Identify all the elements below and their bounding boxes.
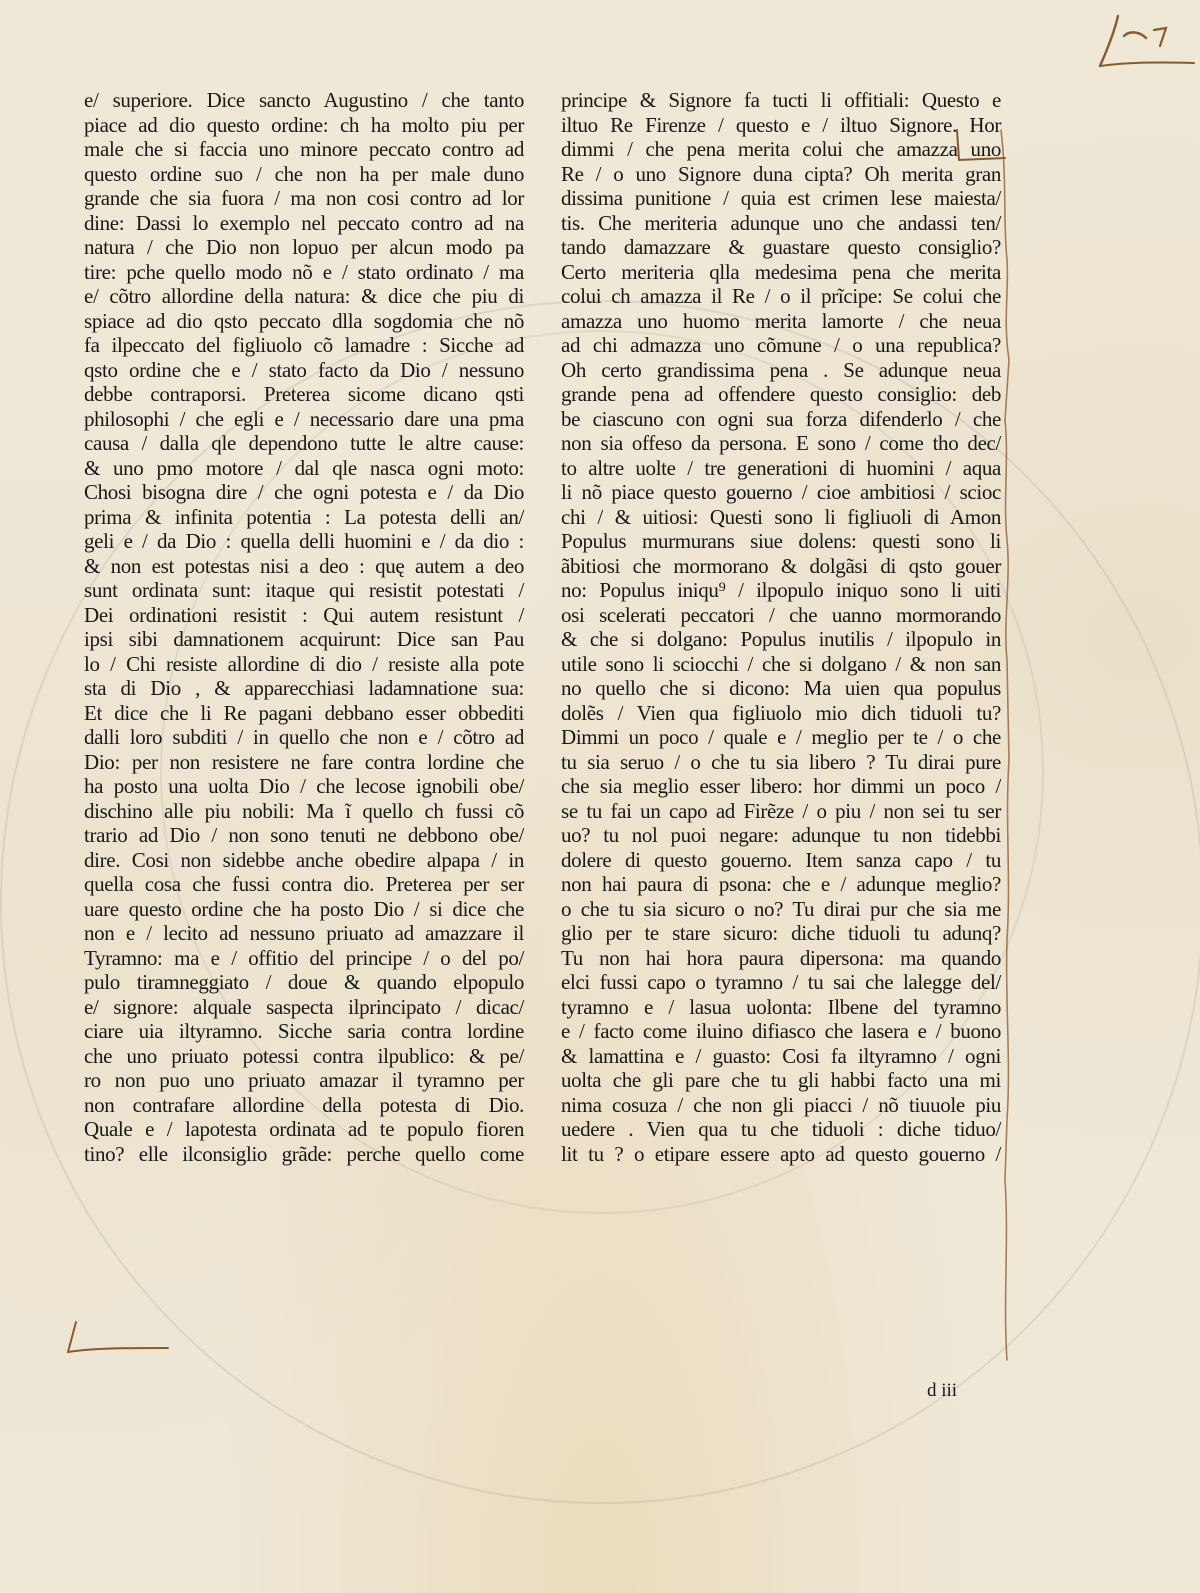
text-line: ha posto una uolta Dio / che lecose igno… <box>84 774 524 799</box>
text-line: & uno pmo motore / dal qle nasca ogni mo… <box>84 456 524 481</box>
text-line: lit tu ? o etipare essere apto ad questo… <box>561 1142 1001 1167</box>
text-line: sta di Dio , & apparecchiasi ladamnation… <box>84 676 524 701</box>
text-line: tando damazzare & guastare questo consig… <box>561 235 1001 260</box>
text-line: Et dice che li Re pagani debbano esser o… <box>84 701 524 726</box>
text-line: causa / dalla qle dependono tutte le alt… <box>84 431 524 456</box>
text-line: utile sono li sciocchi / che si dolgano … <box>561 652 1001 677</box>
text-line: dischino alle piu nobili: Ma ĩ quello ch… <box>84 799 524 824</box>
text-line: no quello che si dicono: Ma uien qua pop… <box>561 676 1001 701</box>
text-line: Dio: per non resistere ne fare contra lo… <box>84 750 524 775</box>
text-line: dolẽs / Vien qua figliuolo mio dich tidu… <box>561 701 1001 726</box>
text-line: Tu non hai hora paura dipersona: ma quan… <box>561 946 1001 971</box>
text-line: fa ilpeccato del figliuolo cõ lamadre : … <box>84 333 524 358</box>
text-line: & non est potestas nisi a deo : quę aute… <box>84 554 524 579</box>
manuscript-corner-mark-icon <box>1090 8 1195 68</box>
text-line: ro non puo uno priuato amazar il tyramno… <box>84 1068 524 1093</box>
text-line: Populus murmurans siue dolens: questi so… <box>561 529 1001 554</box>
text-line: uedere . Vien qua tu che tiduoli : diche… <box>561 1117 1001 1142</box>
text-line: Dei ordinationi resistit : Qui autem res… <box>84 603 524 628</box>
text-line: tire: pche quello modo nõ e / stato ordi… <box>84 260 524 285</box>
text-line: Certo meriteria qlla medesima pena che m… <box>561 260 1001 285</box>
text-line: be ciascuno con ogni sua forza difenderl… <box>561 407 1001 432</box>
text-line: natura / che Dio non lopuo per alcun mod… <box>84 235 524 260</box>
text-line: nima cosuza / che non gli piacci / nõ ti… <box>561 1093 1001 1118</box>
text-line: male che si faccia uno minore peccato co… <box>84 137 524 162</box>
text-line: debbe contraporsi. Preterea sicome dican… <box>84 382 524 407</box>
text-line: li nõ piace questo gouerno / cioe ambiti… <box>561 480 1001 505</box>
text-line: e / facto come iluino difiasco che laser… <box>561 1019 1001 1044</box>
text-line: amazza uno huomo merita lamorte / che ne… <box>561 309 1001 334</box>
text-line: Dimmi un poco / quale e / meglio per te … <box>561 725 1001 750</box>
right-text-column: principe & Signore fa tucti li offitiali… <box>561 88 1001 1166</box>
text-line: non hai paura di psona: che e / adunque … <box>561 872 1001 897</box>
text-line: Quale e / lapotesta ordinata ad te popul… <box>84 1117 524 1142</box>
text-line: dire. Cosi non sidebbe anche obedire alp… <box>84 848 524 873</box>
text-line: & che si dolgano: Populus inutilis / ilp… <box>561 627 1001 652</box>
text-line: uare questo ordine che ha posto Dio / si… <box>84 897 524 922</box>
text-line: uolta che gli pare che tu gli habbi fact… <box>561 1068 1001 1093</box>
text-line: quella cosa che fussi contra dio. Preter… <box>84 872 524 897</box>
text-line: qsto ordine che e / stato facto da Dio /… <box>84 358 524 383</box>
text-line: geli e / da Dio : quella delli huomini e… <box>84 529 524 554</box>
text-line: grande pena ad offendere questo consigli… <box>561 382 1001 407</box>
text-line: elci fussi capo o tyramno / tu sai che l… <box>561 970 1001 995</box>
text-line: philosophi / che egli e / necessario dar… <box>84 407 524 432</box>
text-line: tyramno e / lasua uolonta: Ilbene del ty… <box>561 995 1001 1020</box>
text-line: Tyramno: ma e / offitio del principe / o… <box>84 946 524 971</box>
text-line: lo / Chi resiste allordine di dio / resi… <box>84 652 524 677</box>
text-line: osi scelerati peccatori / che uanno morm… <box>561 603 1001 628</box>
text-line: non contrafare allordine della potesta d… <box>84 1093 524 1118</box>
text-line: colui ch amazza il Re / o il prĩcipe: Se… <box>561 284 1001 309</box>
text-line: dine: Dassi lo exemplo nel peccato contr… <box>84 211 524 236</box>
text-line: non sia offeso da persona. E sono / come… <box>561 431 1001 456</box>
text-line: che sia meglio esser libero: hor dimmi u… <box>561 774 1001 799</box>
signature-mark: d iii <box>927 1380 957 1402</box>
text-line: ad chi admazza uno cõmune / o una republ… <box>561 333 1001 358</box>
left-text-column: e/ superiore. Dice sancto Augustino / ch… <box>84 88 524 1166</box>
text-line: iltuo Re Firenze / questo e / iltuo Sign… <box>561 113 1001 138</box>
text-line: piace ad dio questo ordine: ch ha molto … <box>84 113 524 138</box>
text-line: ipsi sibi damnationem acquirunt: Dice sa… <box>84 627 524 652</box>
text-line: dolere di questo gouerno. Item sanza cap… <box>561 848 1001 873</box>
text-line: uo? tu nol puoi negare: adunque tu non t… <box>561 823 1001 848</box>
text-line: prima & infinita potentia : La potesta d… <box>84 505 524 530</box>
text-line: e/ cõtro allordine della natura: & dice … <box>84 284 524 309</box>
text-line: chi / & uitiosi: Questi sono li figliuol… <box>561 505 1001 530</box>
manuscript-bracket-quale-icon <box>64 1318 174 1358</box>
text-line: glio per te stare sicuro: diche tiduoli … <box>561 921 1001 946</box>
text-line: dissima punitione / quia est crimen lese… <box>561 186 1001 211</box>
text-line: e/ superiore. Dice sancto Augustino / ch… <box>84 88 524 113</box>
text-line: ciare uia iltyramno. Sicche saria contra… <box>84 1019 524 1044</box>
text-line: tis. Che meriteria adunque uno che andas… <box>561 211 1001 236</box>
text-line: sunt ordinata sunt: itaque qui resistit … <box>84 578 524 603</box>
text-line: pulo tiramneggiato / doue & quando elpop… <box>84 970 524 995</box>
text-line: trario ad Dio / non sono tenuti ne debbo… <box>84 823 524 848</box>
text-line: questo ordine suo / che non ha per male … <box>84 162 524 187</box>
text-line: & lamattina e / guasto: Cosi fa iltyramn… <box>561 1044 1001 1069</box>
text-line: che uno priuato potessi contra ilpublico… <box>84 1044 524 1069</box>
text-line: e/ signore: alquale saspecta ilprincipat… <box>84 995 524 1020</box>
text-line: o che tu sia sicuro o no? Tu dirai pur c… <box>561 897 1001 922</box>
text-line: spiace ad dio qsto peccato dlla sogdomia… <box>84 309 524 334</box>
text-line: tino? elle ilconsiglio grãde: perche que… <box>84 1142 524 1167</box>
text-line: to altre uolte / tre generationi di huom… <box>561 456 1001 481</box>
text-line: Re / o uno Signore duna cipta? Oh merita… <box>561 162 1001 187</box>
text-line: dalli loro subditi / in quello che non e… <box>84 725 524 750</box>
text-line: dimmi / che pena merita colui che amazza… <box>561 137 1001 162</box>
book-page: e/ superiore. Dice sancto Augustino / ch… <box>0 0 1200 1593</box>
text-line: tu sia seruo / o che tu sia libero ? Tu … <box>561 750 1001 775</box>
text-line: grande che sia fuora / ma non cosi contr… <box>84 186 524 211</box>
text-line: ãbitiosi che mormorano & dolgãsi di qsto… <box>561 554 1001 579</box>
text-line: no: Populus iniqu⁹ / ilpopulo iniquo son… <box>561 578 1001 603</box>
text-line: se tu fai un capo ad Firẽze / o piu / no… <box>561 799 1001 824</box>
text-line: Oh certo grandissima pena . Se adunque n… <box>561 358 1001 383</box>
text-line: non e / lecito ad nessuno priuato ad ama… <box>84 921 524 946</box>
text-line: principe & Signore fa tucti li offitiali… <box>561 88 1001 113</box>
text-line: Chosi bisogna dire / che ogni potesta e … <box>84 480 524 505</box>
